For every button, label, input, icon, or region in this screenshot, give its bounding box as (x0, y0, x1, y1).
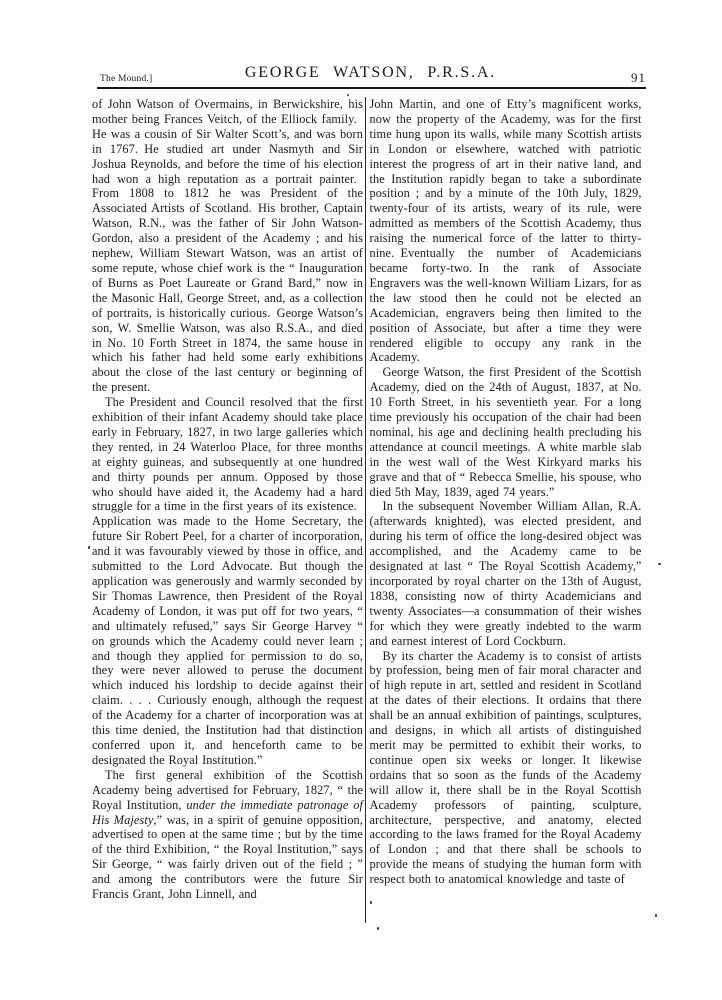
scan-artifact (655, 914, 657, 917)
text-run: The President and Council resolved that … (92, 395, 363, 767)
paragraph: of John Watson of Overmains, in Berwicks… (92, 97, 363, 395)
left-column: of John Watson of Overmains, in Berwicks… (92, 97, 363, 932)
scan-artifact (377, 927, 379, 930)
text-run: By its charter the Academy is to consist… (370, 649, 642, 887)
text-run: John Martin, and one of Etty’s magnifice… (370, 97, 642, 364)
right-column: John Martin, and one of Etty’s magnifice… (370, 97, 642, 932)
text-body: of John Watson of Overmains, in Berwicks… (92, 97, 644, 932)
text-run: of John Watson of Overmains, in Berwicks… (92, 97, 363, 394)
column-divider-rule (365, 97, 367, 923)
paragraph: George Watson, the first President of th… (370, 365, 642, 499)
paragraph: John Martin, and one of Etty’s magnifice… (370, 97, 642, 365)
scan-artifact (88, 546, 90, 549)
text-run: George Watson, the first President of th… (370, 365, 642, 498)
paragraph: The first general exhibition of the Scot… (92, 768, 363, 902)
scanned-book-page: { "header": { "running_title_left": "The… (0, 0, 722, 1000)
page-number: 91 (614, 70, 646, 86)
header-rule (97, 87, 646, 89)
paragraph: By its charter the Academy is to consist… (370, 649, 642, 888)
scan-artifact (658, 563, 661, 565)
page-title: GEORGE WATSON, P.R.S.A. (96, 64, 645, 82)
scan-artifact (347, 94, 349, 96)
scan-artifact (370, 901, 372, 904)
paragraph: The President and Council resolved that … (92, 395, 363, 768)
paragraph: In the subsequent November William Allan… (370, 499, 642, 648)
text-run: In the subsequent November William Allan… (370, 499, 642, 647)
